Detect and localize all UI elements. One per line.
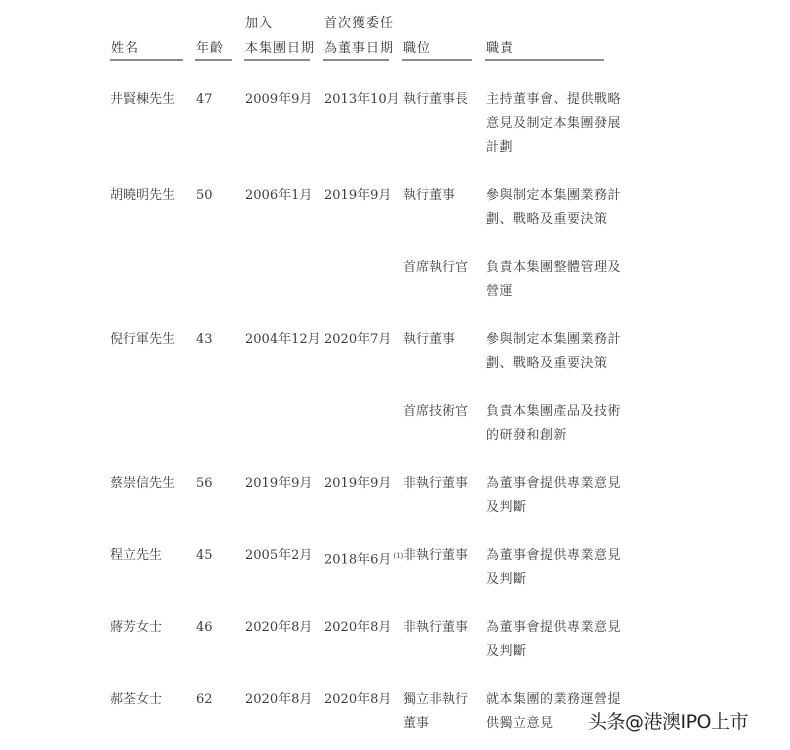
- cell-age: 56: [196, 472, 213, 496]
- header-duty: 職責: [486, 37, 514, 56]
- header-underline: [485, 59, 604, 61]
- cell-appoint-date: 2019年9月: [324, 472, 391, 496]
- cell-appoint-date: 2020年8月: [324, 616, 391, 640]
- cell-join-date: 2004年12月: [245, 328, 321, 352]
- cell-position-line2: 董事: [403, 712, 429, 736]
- cell-appoint-date: 2018年6月(1): [324, 544, 403, 572]
- header-join-line1: 加入: [245, 12, 273, 31]
- cell-position: 首席技術官: [403, 400, 468, 424]
- appoint-date-text: 2018年6月: [324, 552, 391, 567]
- header-underline: [244, 59, 310, 61]
- cell-age: 47: [196, 88, 213, 112]
- cell-join-date: 2020年8月: [245, 616, 312, 640]
- cell-name: 郝荃女士: [110, 688, 162, 712]
- header-age: 年齡: [196, 37, 224, 56]
- cell-position: 執行董事: [403, 184, 455, 208]
- cell-duty: 為董事會提供專業意見及判斷: [486, 472, 626, 520]
- cell-position: 執行董事長: [403, 88, 468, 112]
- header-name: 姓名: [111, 37, 139, 56]
- cell-name: 井賢棟先生: [110, 88, 175, 112]
- cell-appoint-date: 2020年7月: [324, 328, 391, 352]
- cell-name: 倪行軍先生: [110, 328, 175, 352]
- cell-position: 非執行董事: [403, 544, 468, 568]
- cell-duty: 為董事會提供專業意見及判斷: [486, 544, 626, 592]
- cell-appoint-date: 2013年10月: [324, 88, 400, 112]
- cell-duty: 為董事會提供專業意見及判斷: [486, 616, 626, 664]
- cell-duty: 負責本集團產品及技術的研發和創新: [486, 400, 626, 448]
- cell-duty: 負責本集團整體管理及營運: [486, 256, 626, 304]
- cell-position-line1: 獨立非執行: [403, 688, 468, 712]
- cell-join-date: 2005年2月: [245, 544, 312, 568]
- cell-position: 執行董事: [403, 328, 455, 352]
- cell-join-date: 2020年8月: [245, 688, 312, 712]
- cell-name: 蔡崇信先生: [110, 472, 175, 496]
- cell-name: 胡曉明先生: [110, 184, 175, 208]
- header-underline: [110, 59, 183, 61]
- cell-join-date: 2009年9月: [245, 88, 312, 112]
- cell-age: 50: [196, 184, 213, 208]
- cell-position: 非執行董事: [403, 472, 468, 496]
- header-underline: [323, 59, 389, 61]
- cell-appoint-date: 2020年8月: [324, 688, 391, 712]
- cell-duty: 參與制定本集團業務計劃、戰略及重要決策: [486, 184, 626, 232]
- header-underline: [402, 59, 472, 61]
- cell-duty: 主持董事會、提供戰略意見及制定本集團發展計劃: [486, 88, 626, 160]
- header-appoint-line1: 首次獲委任: [324, 12, 394, 31]
- cell-name: 蔣芳女士: [110, 616, 162, 640]
- header-join-line2: 本集團日期: [245, 37, 315, 56]
- cell-appoint-date: 2019年9月: [324, 184, 391, 208]
- cell-join-date: 2019年9月: [245, 472, 312, 496]
- cell-age: 46: [196, 616, 213, 640]
- cell-join-date: 2006年1月: [245, 184, 312, 208]
- header-appoint-line2: 為董事日期: [324, 37, 394, 56]
- header-underline: [195, 59, 232, 61]
- footnote-marker: (1): [393, 552, 403, 560]
- cell-age: 45: [196, 544, 213, 568]
- cell-name: 程立先生: [110, 544, 162, 568]
- cell-position: 首席執行官: [403, 256, 468, 280]
- watermark: 头条@港澳IPO上市: [588, 707, 748, 734]
- cell-position: 非執行董事: [403, 616, 468, 640]
- cell-duty: 參與制定本集團業務計劃、戰略及重要決策: [486, 328, 626, 376]
- cell-age: 43: [196, 328, 213, 352]
- header-position: 職位: [403, 37, 431, 56]
- cell-age: 62: [196, 688, 213, 712]
